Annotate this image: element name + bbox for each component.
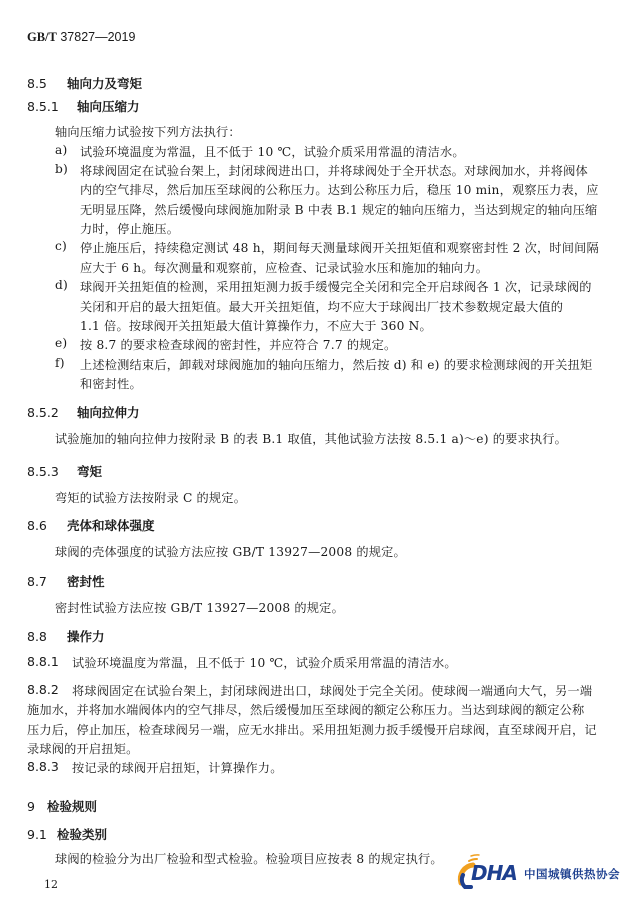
clause-8-8-2-line: 压力后，停止加压，检查球阀另一端，应无水排出。采用扭矩测力扳手缓慢开启球阀，直至… bbox=[27, 721, 597, 738]
clause-8-8-2-line: 录球阀的开启扭矩。 bbox=[27, 740, 139, 757]
list-label-b: b) bbox=[55, 162, 68, 176]
heading-9: 9检验规则 bbox=[27, 797, 97, 815]
clause-8-8-1: 试验环境温度为常温，且不低于 10 ℃，试验介质采用常温的清洁水。 bbox=[72, 654, 457, 671]
heading-8-5: 8.5轴向力及弯矩 bbox=[27, 74, 142, 92]
standard-number: 37827—2019 bbox=[57, 30, 136, 44]
list-item-a: 试验环境温度为常温，且不低于 10 ℃，试验介质采用常温的清洁水。 bbox=[80, 143, 465, 160]
heading-8-5-1: 8.5.1轴向压缩力 bbox=[27, 97, 140, 115]
list-label-e: e) bbox=[55, 336, 67, 350]
list-item-d-line: 关闭和开启的最大扭矩值。最大开关扭矩值，均不应大于球阀出厂技术参数规定最大值的 bbox=[80, 298, 563, 315]
list-item-f-line: 和密封性。 bbox=[80, 375, 142, 392]
heading-8-5-2: 8.5.2轴向拉伸力 bbox=[27, 403, 140, 421]
page-number: 12 bbox=[44, 878, 58, 891]
clause-8-8-3: 按记录的球阀开启扭矩，计算操作力。 bbox=[72, 759, 283, 776]
list-item-e: 按 8.7 的要求检查球阀的密封性，并应符合 7.7 的规定。 bbox=[80, 336, 396, 353]
list-item-f-line: 上述检测结束后，卸载对球阀施加的轴向压缩力，然后按 d) 和 e) 的要求检测球… bbox=[80, 356, 592, 373]
paragraph-8-5-2: 试验施加的轴向拉伸力按附录 B 的表 B.1 取值，其他试验方法按 8.5.1 … bbox=[55, 430, 567, 447]
list-item-d-line: 球阀开关扭矩值的检测，采用扭矩测力扳手缓慢完全关闭和完全开启球阀各 1 次，记录… bbox=[80, 278, 592, 295]
clause-number-8-8-2: 8.8.2 bbox=[27, 682, 59, 697]
list-item-b-line: 力时，停止施压。 bbox=[80, 220, 179, 237]
list-label-d: d) bbox=[55, 278, 68, 292]
clause-8-8-2-line: 施加水，并将加水端阀体内的空气排尽，然后缓慢加压至球阀的额定公称压力。当达到球阀… bbox=[27, 701, 584, 718]
list-item-d-line: 1.1 倍。按球阀开关扭矩最大值计算操作力，不应大于 360 N。 bbox=[80, 317, 432, 334]
paragraph-8-5-3: 弯矩的试验方法按附录 C 的规定。 bbox=[55, 489, 246, 506]
paragraph-8-7: 密封性试验方法应按 GB/T 13927—2008 的规定。 bbox=[55, 599, 344, 616]
list-label-c: c) bbox=[55, 239, 67, 253]
paragraph-8-6: 球阀的壳体强度的试验方法应按 GB/T 13927—2008 的规定。 bbox=[55, 543, 406, 560]
logo-text: 中国城镇供热协会 bbox=[524, 866, 620, 882]
clause-8-8-2-line: 将球阀固定在试验台架上，封闭球阀进出口，球阀处于完全关闭。使球阀一端通向大气，另… bbox=[72, 682, 592, 699]
list-label-a: a) bbox=[55, 143, 67, 157]
list-item-c-line: 停止施压后，持续稳定测试 48 h，期间每天测量球阀开关扭矩值和观察密封性 2 … bbox=[80, 239, 599, 256]
paragraph-intro: 轴向压缩力试验按下列方法执行： bbox=[55, 123, 241, 140]
list-item-b-line: 无明显压降，然后缓慢向球阀施加附录 B 中表 B.1 规定的轴向压缩力，当达到规… bbox=[80, 201, 597, 218]
heading-8-8: 8.8操作力 bbox=[27, 627, 105, 645]
heading-8-5-3: 8.5.3弯矩 bbox=[27, 462, 102, 480]
heading-8-7: 8.7密封性 bbox=[27, 572, 105, 590]
list-item-c-line: 应大于 6 h。每次测量和观察前，应检查、记录试验水压和施加的轴向力。 bbox=[80, 259, 488, 276]
clause-number-8-8-1: 8.8.1 bbox=[27, 654, 59, 669]
standard-prefix: GB/T bbox=[27, 30, 57, 44]
heading-8-6: 8.6壳体和球体强度 bbox=[27, 516, 155, 534]
logo-mark: DHA bbox=[471, 861, 517, 885]
standard-code: GB/T 37827—2019 bbox=[27, 30, 135, 45]
list-label-f: f) bbox=[55, 356, 65, 370]
list-item-b-line: 将球阀固定在试验台架上，封闭球阀进出口，并将球阀处于全开状态。对球阀加水，并将阀… bbox=[80, 162, 588, 179]
association-logo: DHA 中国城镇供热协会 bbox=[455, 853, 615, 893]
clause-number-8-8-3: 8.8.3 bbox=[27, 759, 59, 774]
heading-9-1: 9.1检验类别 bbox=[27, 825, 107, 843]
list-item-b-line: 内的空气排尽，然后加压至球阀的公称压力。达到公称压力后，稳压 10 min，观察… bbox=[80, 181, 599, 198]
paragraph-9-1: 球阀的检验分为出厂检验和型式检验。检验项目应按表 8 的规定执行。 bbox=[55, 850, 443, 867]
